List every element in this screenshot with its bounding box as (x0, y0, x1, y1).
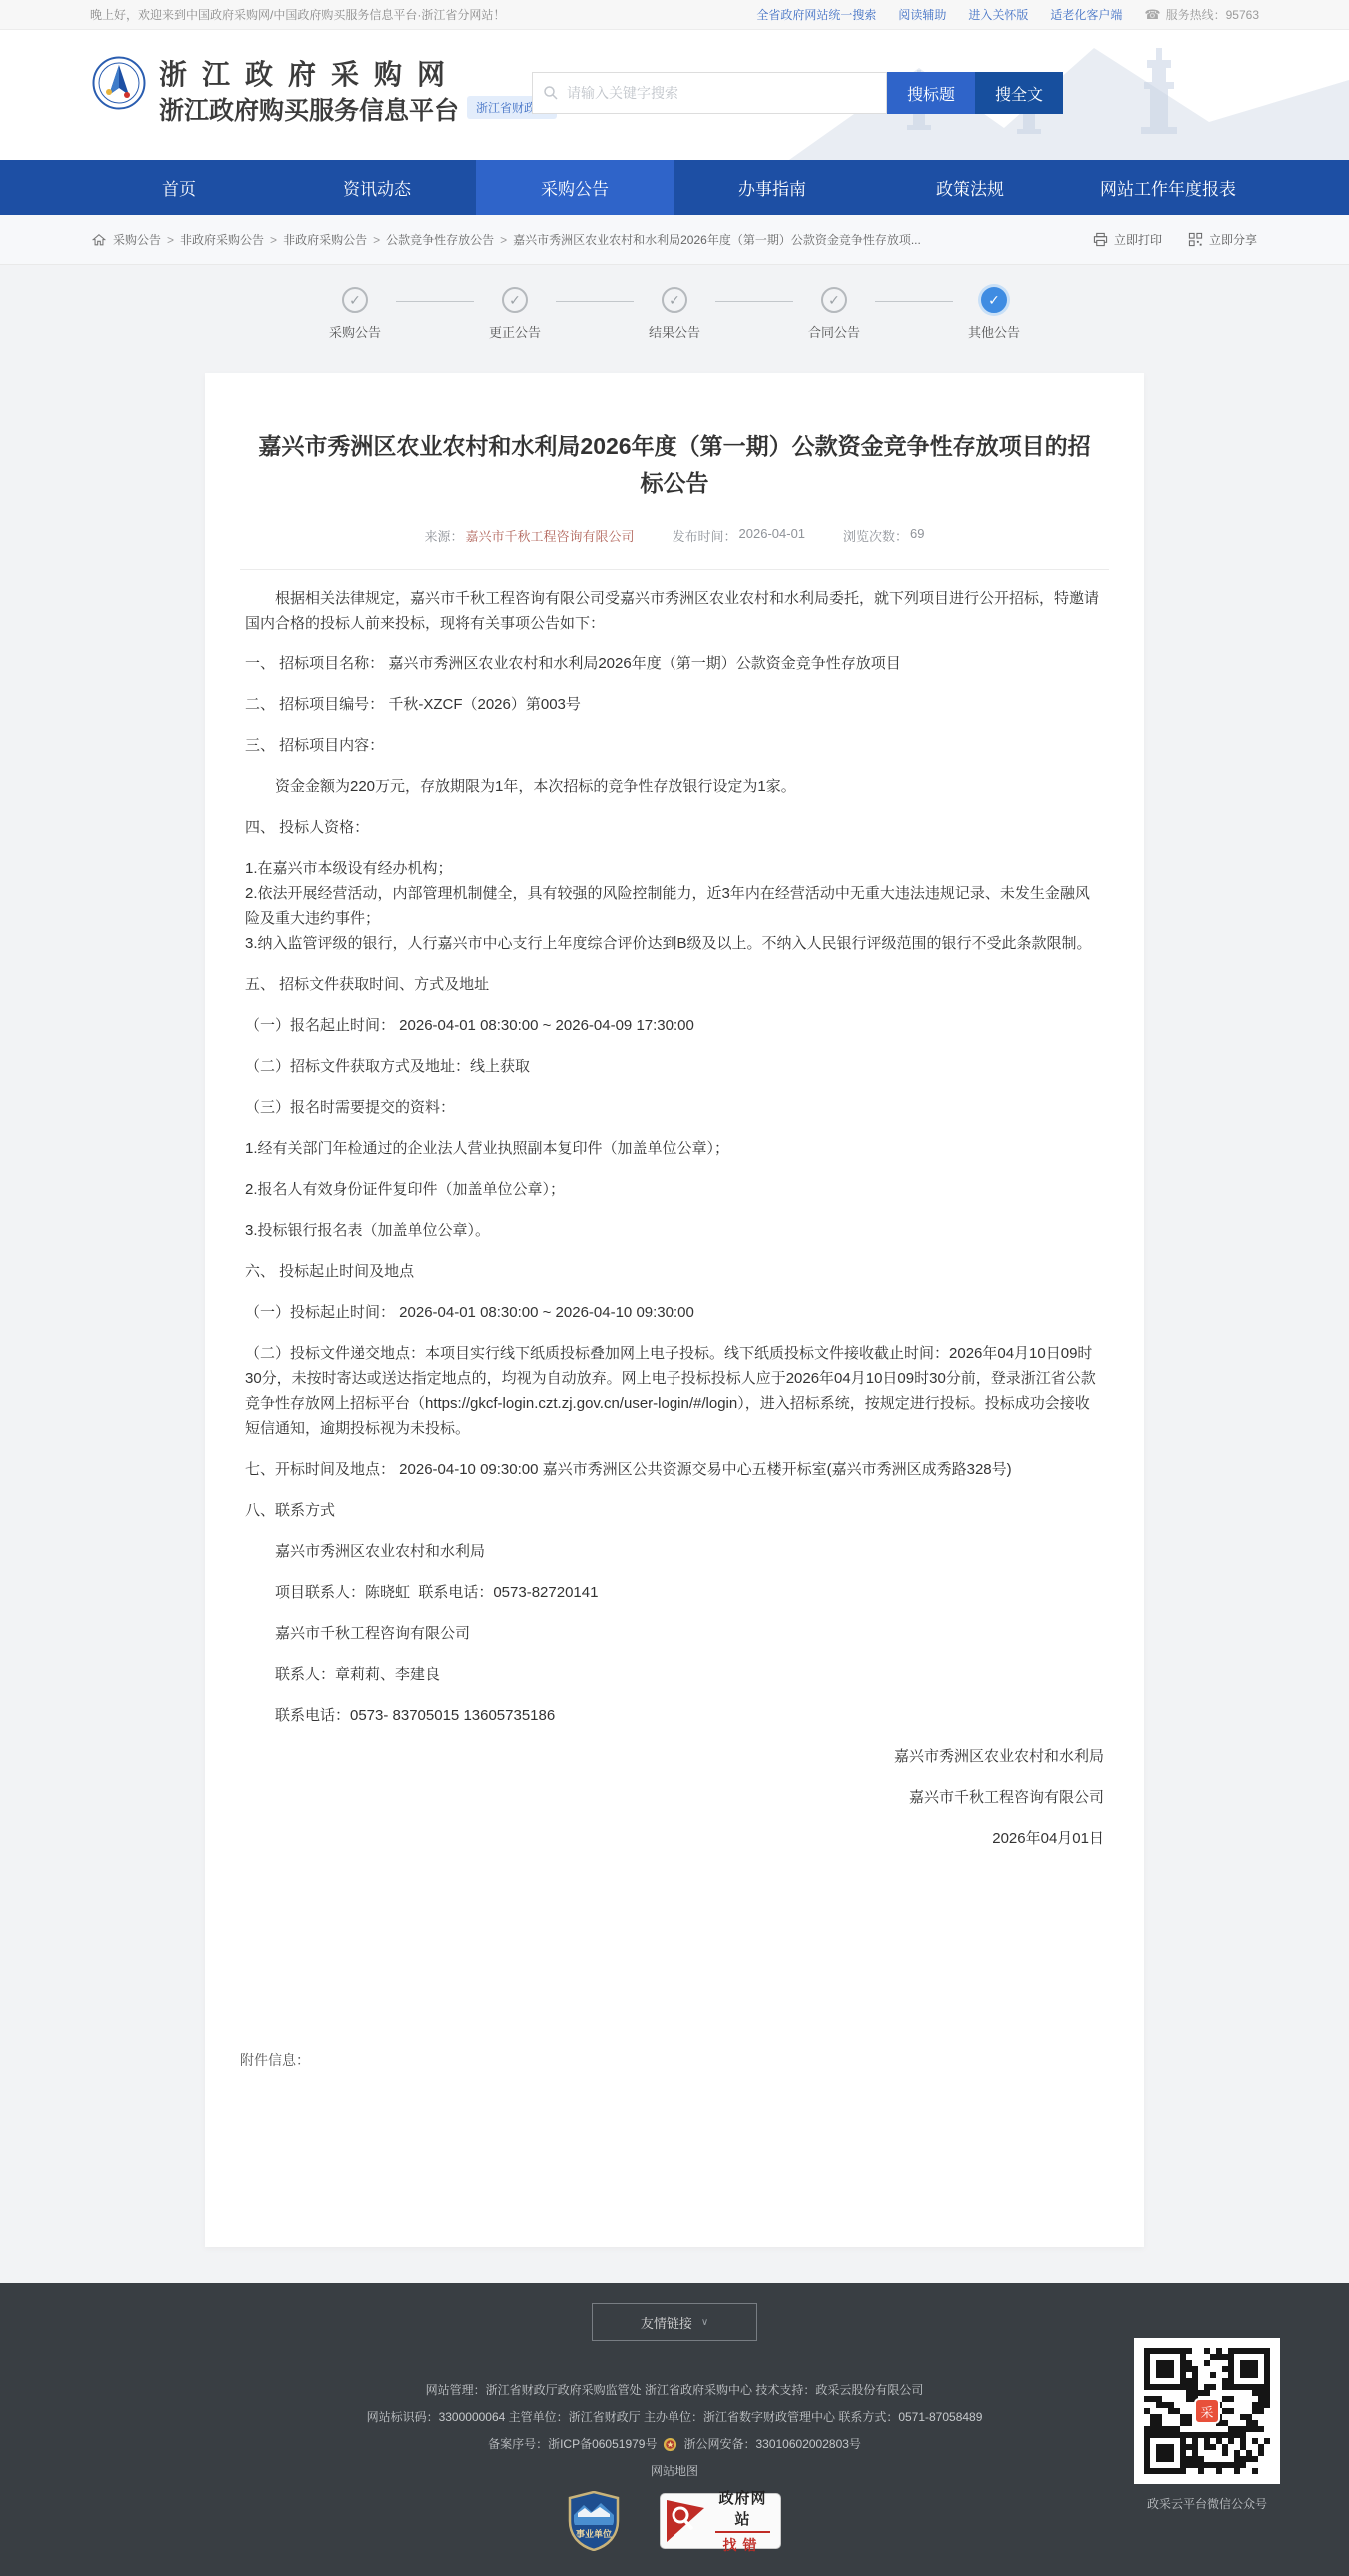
article-paragraph: 1.在嘉兴市本级设有经办机构； (245, 856, 1104, 881)
article-paragraph: （一）报名起止时间： 2026-04-01 08:30:00 ~ 2026-04… (245, 1013, 1104, 1038)
step-label: 合同公告 (808, 322, 860, 341)
search-box (532, 72, 887, 114)
main-content: ✓采购公告✓更正公告✓结果公告✓合同公告✓其他公告 嘉兴市秀洲区农业农村和水利局… (0, 265, 1349, 2283)
article-paragraph: （三）报名时需要提交的资料： (245, 1095, 1104, 1120)
breadcrumb-item[interactable]: 采购公告 (113, 231, 161, 248)
article-paragraph: 八、联系方式 (245, 1498, 1104, 1523)
step-result[interactable]: ✓结果公告 (643, 287, 706, 341)
friend-links-button[interactable]: 友情链接 ∨ (592, 2303, 757, 2341)
nav-item-annual-report[interactable]: 网站工作年度报表 (1069, 160, 1267, 215)
article-paragraph: 联系电话：0573- 83705015 13605735186 (245, 1703, 1104, 1728)
attachment-label: 附件信息： (240, 2050, 1109, 2070)
phone-icon: ☎ (1144, 7, 1160, 23)
nav-item-procurement-notices[interactable]: 采购公告 (476, 160, 674, 215)
breadcrumb-item[interactable]: 嘉兴市秀洲区农业农村和水利局2026年度（第一期）公款资金竞争性存放项... (513, 231, 921, 248)
find-error-title: 政府网站 (713, 2487, 772, 2529)
step-check-icon: ✓ (662, 287, 687, 313)
meta-source-value: 嘉兴市千秋工程咨询有限公司 (466, 526, 635, 545)
article-paragraph: 嘉兴市秀洲区农业农村和水利局 (245, 1744, 1104, 1769)
step-label: 结果公告 (649, 322, 700, 341)
step-connector (875, 301, 953, 302)
breadcrumb-item[interactable]: 公款竞争性存放公告 (386, 231, 494, 248)
article-paragraph: 六、 投标起止时间及地点 (245, 1259, 1104, 1284)
divider (240, 569, 1109, 570)
step-check-icon: ✓ (981, 287, 1007, 313)
topbar-link-unified-search[interactable]: 全省政府网站统一搜索 (756, 6, 876, 23)
meta-views-label: 浏览次数： (843, 526, 908, 545)
article-paragraph: 联系人：章莉莉、李建良 (245, 1662, 1104, 1687)
qr-caption: 政采云平台微信公众号 (1097, 2495, 1317, 2512)
article-paragraph: 2026年04月01日 (245, 1826, 1104, 1851)
step-label: 采购公告 (329, 322, 381, 341)
nav-item-news[interactable]: 资讯动态 (278, 160, 476, 215)
site-subtitle: 浙江政府购买服务信息平台 (159, 94, 460, 128)
home-icon[interactable] (92, 233, 106, 247)
institution-badge[interactable]: 事业单位 (568, 2491, 620, 2551)
article-paragraph: 七、开标时间及地点： 2026-04-10 09:30:00 嘉兴市秀洲区公共资… (245, 1457, 1104, 1482)
search-bar: 搜标题 搜全文 (532, 72, 1063, 114)
site-header: 浙江政府采购网 浙江政府购买服务信息平台 浙江省财政厅 搜标题 搜全文 (0, 30, 1349, 160)
search-icon (543, 85, 559, 101)
topbar-links: 全省政府网站统一搜索阅读辅助进入关怀版适老化客户端 (756, 6, 1122, 23)
article-title: 嘉兴市秀洲区农业农村和水利局2026年度（第一期）公款资金竞争性存放项目的招标公… (253, 428, 1097, 502)
meta-source: 来源： 嘉兴市千秋工程咨询有限公司 (424, 526, 634, 545)
gov-site-find-error-badge[interactable]: 政府网站 找错 (660, 2493, 781, 2549)
article-paragraph: 2.报名人有效身份证件复印件（加盖单位公章）； (245, 1177, 1104, 1202)
meta-time-value: 2026-04-01 (739, 526, 806, 545)
announcement-card: 嘉兴市秀洲区农业农村和水利局2026年度（第一期）公款资金竞争性存放项目的招标公… (205, 373, 1144, 2247)
article-meta: 来源： 嘉兴市千秋工程咨询有限公司 发布时间： 2026-04-01 浏览次数：… (240, 526, 1109, 545)
hotline: ☎ 服务热线：95763 (1144, 6, 1259, 23)
article-paragraph: 嘉兴市秀洲区农业农村和水利局 (245, 1539, 1104, 1564)
article-paragraph: 三、 招标项目内容： (245, 733, 1104, 758)
icp-number-link[interactable]: 备案序号：浙ICP备06051979号 (488, 2431, 657, 2458)
article-paragraph: 3.纳入监管评级的银行，人行嘉兴市中心支行上年度综合评价达到B级及以上。不纳入人… (245, 931, 1104, 956)
article-paragraph: 嘉兴市千秋工程咨询有限公司 (245, 1621, 1104, 1646)
article-paragraph: 项目联系人：陈晓虹 联系电话：0573-82720141 (245, 1580, 1104, 1605)
qr-grid: 采 (1144, 2348, 1270, 2474)
site-logo-group: 浙江政府采购网 浙江政府购买服务信息平台 浙江省财政厅 (92, 56, 460, 128)
search-fulltext-button[interactable]: 搜全文 (975, 72, 1063, 114)
qr-cell (1264, 2468, 1270, 2474)
step-label: 其他公告 (968, 322, 1020, 341)
topbar-link-elderly-client[interactable]: 适老化客户端 (1050, 6, 1122, 23)
magnifier-flag-icon (665, 2498, 706, 2544)
site-logo (92, 56, 146, 110)
article-paragraph: 一、 招标项目名称： 嘉兴市秀洲区农业农村和水利局2026年度（第一期）公款资金… (245, 651, 1104, 676)
hotline-text: 服务热线：95763 (1166, 6, 1259, 23)
steps: ✓采购公告✓更正公告✓结果公告✓合同公告✓其他公告 (0, 279, 1349, 361)
breadcrumb-separator: > (500, 233, 507, 247)
article-paragraph: （二）投标文件递交地点：本项目实行线下纸质投标叠加网上电子投标。线下纸质投标文件… (245, 1341, 1104, 1441)
article-paragraph: 四、 投标人资格： (245, 815, 1104, 840)
meta-publish-time: 发布时间： 2026-04-01 (673, 526, 806, 545)
nav-menu: 首页资讯动态采购公告办事指南政策法规网站工作年度报表 (0, 160, 1349, 215)
step-check-icon: ✓ (342, 287, 368, 313)
step-correction[interactable]: ✓更正公告 (483, 287, 547, 341)
security-badge-icon (663, 2437, 677, 2452)
print-label: 立即打印 (1114, 231, 1162, 248)
breadcrumb-item[interactable]: 非政府采购公告 (180, 231, 264, 248)
step-other[interactable]: ✓其他公告 (962, 287, 1026, 341)
article-paragraph: 资金金额为220万元，存放期限为1年，本次招标的竞争性存放银行设定为1家。 (245, 774, 1104, 799)
share-button[interactable]: 立即分享 (1188, 231, 1257, 248)
breadcrumb-separator: > (373, 233, 380, 247)
printer-icon (1093, 232, 1108, 247)
qr-code: 采 (1134, 2338, 1280, 2484)
breadcrumb-actions: 立即打印 立即分享 (1093, 231, 1257, 248)
step-label: 更正公告 (489, 322, 541, 341)
friend-links-label: 友情链接 (641, 2313, 692, 2332)
search-title-button[interactable]: 搜标题 (887, 72, 975, 114)
find-error-text: 政府网站 找错 (713, 2487, 772, 2555)
step-connector (556, 301, 634, 302)
meta-time-label: 发布时间： (673, 526, 737, 545)
topbar-right: 全省政府网站统一搜索阅读辅助进入关怀版适老化客户端 ☎ 服务热线：95763 (756, 6, 1259, 23)
meta-views-value: 69 (910, 526, 924, 545)
chevron-down-icon: ∨ (701, 2317, 708, 2328)
share-qr-icon (1188, 232, 1203, 247)
zcy-logo-icon: 采 (1194, 2398, 1220, 2424)
article-paragraph: 五、 招标文件获取时间、方式及地址 (245, 972, 1104, 997)
article-paragraph: （一）投标起止时间： 2026-04-01 08:30:00 ~ 2026-04… (245, 1300, 1104, 1325)
article-paragraph: 二、 招标项目编号： 千秋-XZCF（2026）第003号 (245, 692, 1104, 717)
search-input[interactable] (565, 84, 876, 102)
step-connector (396, 301, 474, 302)
nav-item-home[interactable]: 首页 (80, 160, 278, 215)
article-paragraph: 嘉兴市千秋工程咨询有限公司 (245, 1785, 1104, 1810)
step-contract[interactable]: ✓合同公告 (802, 287, 866, 341)
meta-source-label: 来源： (424, 526, 463, 545)
article-paragraph: 3.投标银行报名表（加盖单位公章）。 (245, 1218, 1104, 1243)
article-body: 根据相关法律规定，嘉兴市千秋工程咨询有限公司受嘉兴市秀洲区农业农村和水利局委托，… (240, 586, 1109, 1851)
find-error-divider (715, 2531, 770, 2533)
topbar-link-reading-aid[interactable]: 阅读辅助 (898, 6, 946, 23)
article-paragraph: 根据相关法律规定，嘉兴市千秋工程咨询有限公司受嘉兴市秀洲区农业农村和水利局委托，… (245, 586, 1104, 636)
site-title: 浙江政府采购网 (159, 56, 460, 94)
step-check-icon: ✓ (821, 287, 847, 313)
greeting-text: 晚上好，欢迎来到中国政府采购网/中国政府购买服务信息平台·浙江省分网站！ (90, 6, 505, 23)
breadcrumb-separator: > (270, 233, 277, 247)
psb-number-link[interactable]: 浙公网安备：33010602002803号 (683, 2431, 860, 2458)
nav-item-guide[interactable]: 办事指南 (674, 160, 871, 215)
article-paragraph: 2.依法开展经营活动，内部管理机制健全，具有较强的风险控制能力，近3年内在经营活… (245, 881, 1104, 931)
article-paragraph: （二）招标文件获取方式及地址：线上获取 (245, 1054, 1104, 1079)
institution-badge-text: 事业单位 (576, 2528, 612, 2539)
step-connector (715, 301, 793, 302)
find-error-sub: 找错 (713, 2535, 772, 2555)
footer: 友情链接 ∨ 网站管理：浙江省财政厅政府采购监管处 浙江省政府采购中心 技术支持… (0, 2283, 1349, 2576)
share-label: 立即分享 (1209, 231, 1257, 248)
site-titles: 浙江政府采购网 浙江政府购买服务信息平台 浙江省财政厅 (159, 56, 460, 128)
meta-views: 浏览次数： 69 (843, 526, 924, 545)
breadcrumb-separator: > (167, 233, 174, 247)
step-check-icon: ✓ (502, 287, 528, 313)
topbar: 晚上好，欢迎来到中国政府采购网/中国政府购买服务信息平台·浙江省分网站！ 全省政… (0, 0, 1349, 30)
breadcrumb: 采购公告>非政府采购公告>非政府采购公告>公款竞争性存放公告>嘉兴市秀洲区农业农… (113, 231, 921, 248)
article-paragraph: 1.经有关部门年检通过的企业法人营业执照副本复印件（加盖单位公章）； (245, 1136, 1104, 1161)
breadcrumb-item[interactable]: 非政府采购公告 (283, 231, 367, 248)
print-button[interactable]: 立即打印 (1093, 231, 1162, 248)
breadcrumb-bar: 采购公告>非政府采购公告>非政府采购公告>公款竞争性存放公告>嘉兴市秀洲区农业农… (0, 215, 1349, 265)
nav-item-policy[interactable]: 政策法规 (871, 160, 1069, 215)
topbar-link-care-version[interactable]: 进入关怀版 (968, 6, 1028, 23)
step-purchase[interactable]: ✓采购公告 (323, 287, 387, 341)
